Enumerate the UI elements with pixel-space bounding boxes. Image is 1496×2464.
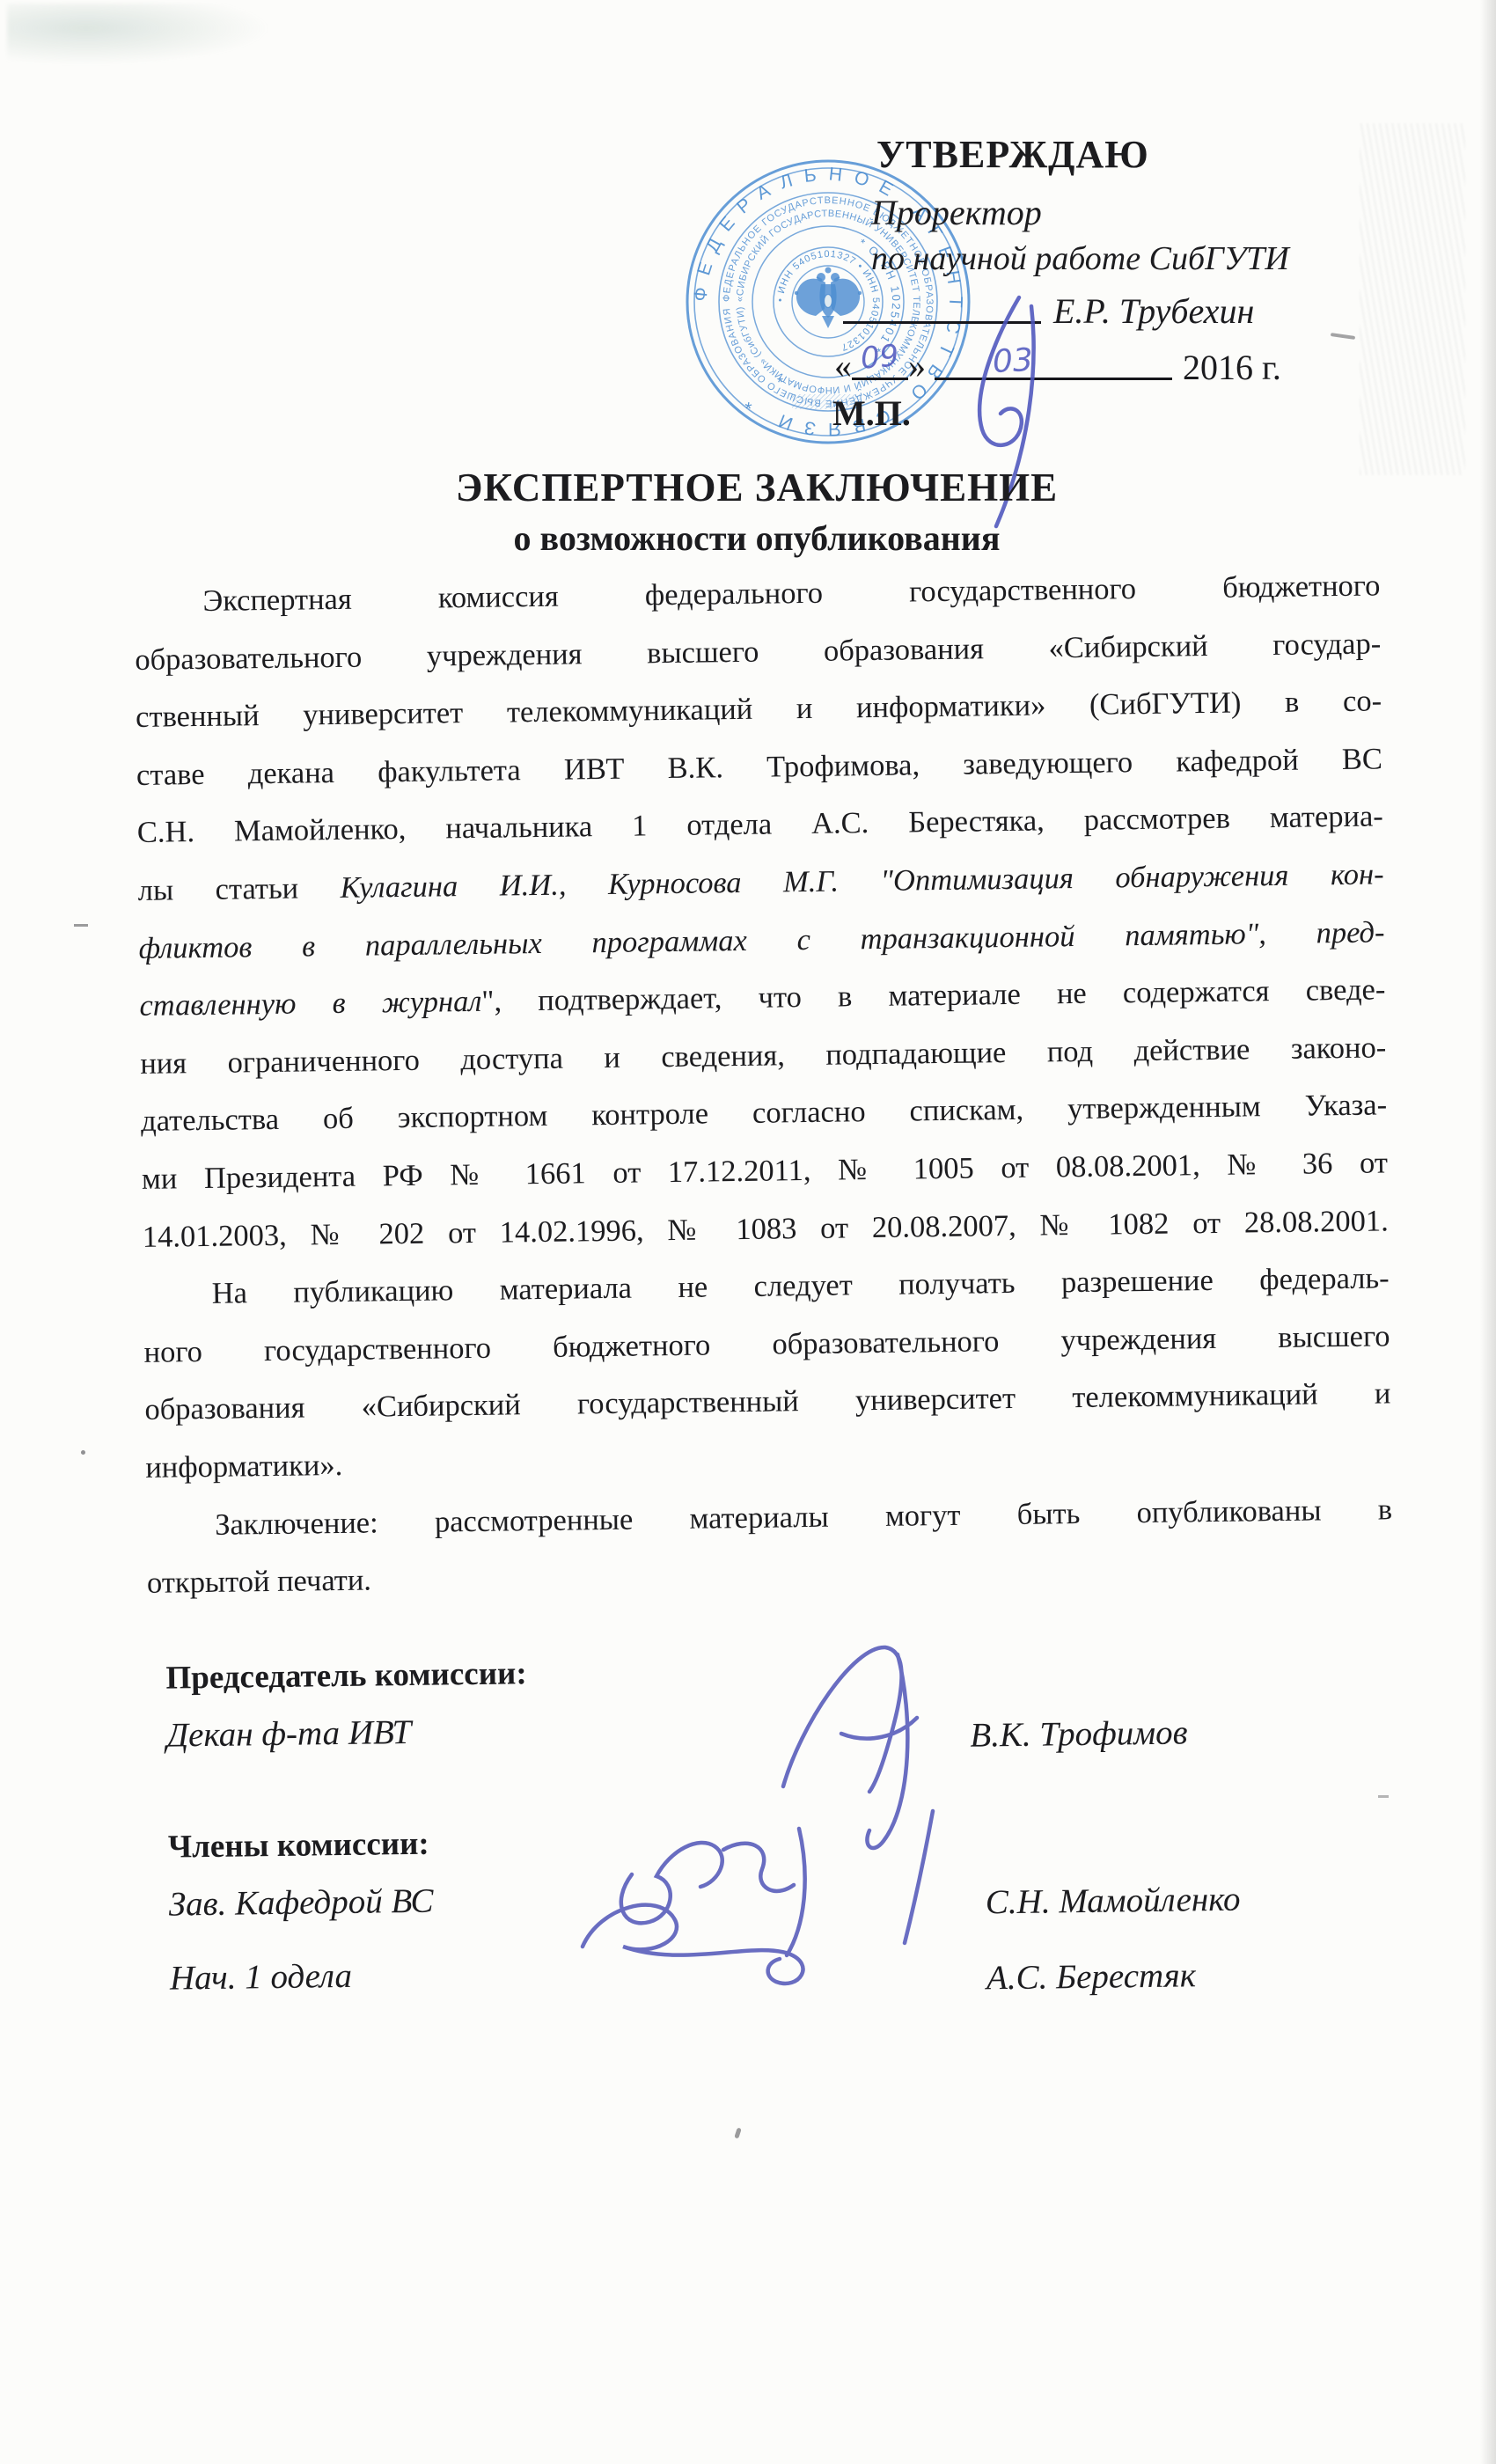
text-segment: ного государственного бюджетного образов…	[143, 1319, 1390, 1369]
text-segment: Кулагина И.И., Курносова М.Г. "Оптимизац…	[340, 857, 1383, 905]
text-segment: На публикацию материала не следует получ…	[211, 1261, 1389, 1310]
text-segment: 14.01.2003, № 202 от 14.02.1996, № 1083 …	[143, 1204, 1389, 1254]
text-segment: ставленную в журнал	[139, 985, 481, 1023]
text-segment: Экспертная комиссия федерального государ…	[202, 568, 1380, 618]
text-segment: ственный университет телекоммуникаций и …	[136, 685, 1382, 735]
members-heading: Члены комиссии:	[168, 1825, 429, 1866]
text-segment: ния ограниченного доступа и сведения, по…	[140, 1030, 1386, 1081]
text-segment: образования «Сибирский государственный у…	[144, 1377, 1390, 1427]
text-segment: С.Н. Мамойленко, начальника 1 отдела А.С…	[137, 800, 1383, 850]
text-segment: ", подтверждает, что в материале не соде…	[481, 973, 1385, 1018]
member1-role: Зав. Кафедрой ВС	[169, 1881, 434, 1925]
text-segment: фликтов в параллельных программах с тран…	[138, 915, 1384, 965]
body-text: Экспертная комиссия федерального государ…	[134, 557, 1393, 1612]
member2-role: Нач. 1 одела	[170, 1956, 353, 1998]
text-segment: открытой печати.	[147, 1564, 371, 1600]
text-segment: ставе декана факультета ИВТ В.К. Трофимо…	[136, 742, 1382, 792]
chair-role: Декан ф-та ИВТ	[166, 1712, 412, 1756]
text-segment: дательства об экспортном контроле соглас…	[141, 1089, 1387, 1139]
document-page: ФЕДЕРАЛЬНОЕ АГЕНТСТВО СВЯЗИ * ФЕДЕРАЛЬНО…	[0, 0, 1496, 2464]
text-segment: Заключение: рассмотренные материалы могу…	[215, 1492, 1392, 1542]
scanned-content-layer: Экспертная комиссия федерального государ…	[0, 0, 1496, 2464]
text-segment: образовательного учреждения высшего обра…	[135, 627, 1381, 677]
text-segment: ми Президента РФ № 1661 от 17.12.2011, №…	[142, 1146, 1388, 1196]
text-segment: лы статьи	[137, 871, 340, 907]
committee-signatures-ink	[519, 1619, 1135, 2042]
text-segment: информатики».	[145, 1448, 342, 1485]
chair-heading: Председатель комиссии:	[165, 1654, 527, 1697]
